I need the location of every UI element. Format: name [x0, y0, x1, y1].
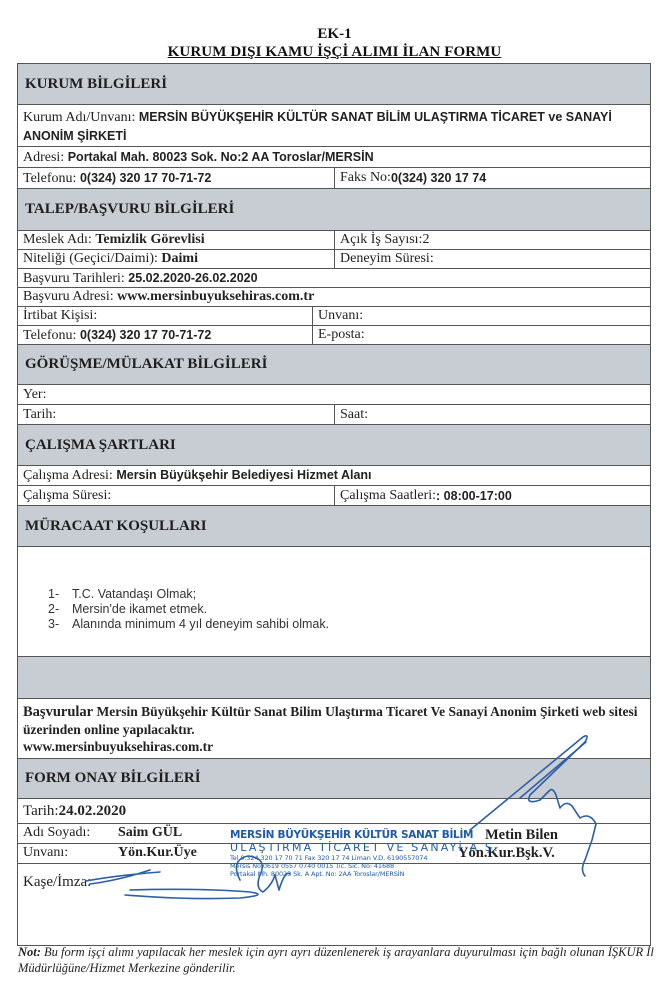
- interview-place-row: Yer:: [18, 385, 650, 405]
- approval-block: Tarih:24.02.2020 Adı Soyadı: Saim GÜL Un…: [18, 799, 650, 945]
- blank-section-band: [18, 657, 650, 699]
- interview-place-label: Yer:: [23, 387, 46, 402]
- approver-title-label: Unvanı:: [23, 845, 68, 861]
- seal-signature-label: Kaşe/İmza:: [23, 874, 91, 891]
- interview-time-cell: Saat:: [334, 405, 650, 424]
- occupation-value: Temizlik Görevlisi: [95, 232, 204, 247]
- work-hours-label: Çalışma Saatleri:: [340, 487, 436, 505]
- footer-note-lead: Not:: [18, 945, 41, 959]
- application-address-link[interactable]: www.mersinbuyuksehiras.com.tr: [117, 289, 314, 304]
- stamp-line: Tel 0.324 320 17 70 71 Fax 320 17 74 Lim…: [230, 854, 460, 862]
- condition-text: T.C. Vatandaşı Olmak;: [72, 587, 196, 602]
- interview-date-cell: Tarih:: [18, 406, 334, 424]
- stamp-line: Mersis No 0619 0557 0740 0015 Tic. Sic. …: [230, 862, 460, 870]
- contact-phone-value: 0(324) 320 17 70-71-72: [80, 328, 211, 342]
- experience-cell: Deneyim Süresi:: [334, 250, 650, 268]
- openings-label: Açık İş Sayısı:: [340, 231, 422, 249]
- contact-row: İrtibat Kişisi: Unvanı:: [18, 307, 650, 326]
- openings-cell: Açık İş Sayısı:2: [334, 231, 650, 249]
- annex-label: EK-1: [0, 26, 669, 43]
- approver-title-value: Yön.Kur.Üye: [118, 845, 197, 861]
- approval-date: Tarih:24.02.2020: [23, 803, 126, 820]
- institution-name-cell: Kurum Adı/Unvanı: MERSİN BÜYÜKŞEHİR KÜLT…: [18, 108, 650, 146]
- footer-note-text: Bu form işçi alımı yapılacak her meslek …: [18, 945, 654, 975]
- section-interview-header: GÖRÜŞME/MÜLAKAT BİLGİLERİ: [18, 345, 650, 385]
- condition-item: 1-T.C. Vatandaşı Olmak;: [48, 587, 650, 602]
- institution-fax-label: Faks No:: [340, 169, 391, 187]
- approver-name-value: Saim GÜL: [118, 825, 182, 841]
- occupation-label: Meslek Adı:: [23, 232, 95, 247]
- interview-date-label: Tarih:: [23, 407, 56, 422]
- institution-phone-value: 0(324) 320 17 70-71-72: [80, 171, 211, 185]
- approval-date-label: Tarih:: [23, 803, 59, 819]
- condition-number: 3-: [48, 617, 72, 632]
- application-dates-cell: Başvuru Tarihleri: 25.02.2020-26.02.2020: [18, 269, 650, 288]
- work-address-row: Çalışma Adresi: Mersin Büyükşehir Beledi…: [18, 466, 650, 486]
- nature-label: Niteliği (Geçici/Daimi):: [23, 251, 161, 266]
- interview-time-label: Saat:: [340, 406, 368, 424]
- condition-text: Alanında minimum 4 yıl deneyim sahibi ol…: [72, 617, 329, 632]
- institution-address-label: Adresi:: [23, 150, 68, 165]
- notice-lead: Başvurular: [23, 704, 93, 720]
- occupation-cell: Meslek Adı: Temizlik Görevlisi: [18, 231, 334, 249]
- work-address-cell: Çalışma Adresi: Mersin Büyükşehir Beledi…: [18, 466, 650, 485]
- divider: [18, 823, 650, 824]
- work-address-value: Mersin Büyükşehir Belediyesi Hizmet Alan…: [116, 468, 371, 482]
- announcement-form: KURUM BİLGİLERİ Kurum Adı/Unvanı: MERSİN…: [17, 63, 651, 946]
- condition-text: Mersin'de ikamet etmek.: [72, 602, 207, 617]
- work-address-label: Çalışma Adresi:: [23, 468, 116, 483]
- contact-phone-cell: Telefonu: 0(324) 320 17 70-71-72: [18, 326, 312, 345]
- notice-url-link[interactable]: www.mersinbuyuksehiras.com.tr: [23, 739, 213, 754]
- nature-value: Daimi: [161, 251, 198, 266]
- work-hours-value: : 08:00-17:00: [436, 487, 512, 505]
- institution-phone-label: Telefonu:: [23, 171, 80, 186]
- notice-text: Mersin Büyükşehir Kültür Sanat Bilim Ula…: [23, 704, 638, 737]
- contact-person-label: İrtibat Kişisi:: [23, 308, 97, 323]
- section-conditions-header: MÜRACAAT KOŞULLARI: [18, 506, 650, 547]
- application-address-label: Başvuru Adresi:: [23, 289, 117, 304]
- condition-item: 2-Mersin'de ikamet etmek.: [48, 602, 650, 617]
- stamp-line: ULAŞTIRMA TİCARET VE SANAYİ A.Ş.: [230, 841, 460, 854]
- contact-email-cell: E-posta:: [312, 326, 650, 344]
- work-duration-row: Çalışma Süresi: Çalışma Saatleri: : 08:0…: [18, 486, 650, 506]
- section-title: GÖRÜŞME/MÜLAKAT BİLGİLERİ: [25, 356, 267, 373]
- contact-email-label: E-posta:: [318, 326, 365, 344]
- institution-fax-cell: Faks No: 0(324) 320 17 74: [334, 168, 650, 188]
- application-dates-value: 25.02.2020-26.02.2020: [128, 271, 257, 285]
- application-dates-label: Başvuru Tarihleri:: [23, 271, 128, 286]
- section-title: MÜRACAAT KOŞULLARI: [25, 518, 207, 535]
- section-title: TALEP/BAŞVURU BİLGİLERİ: [25, 201, 234, 218]
- contact-title-label: Unvanı:: [318, 307, 363, 325]
- institution-phone-row: Telefonu: 0(324) 320 17 70-71-72 Faks No…: [18, 168, 650, 189]
- section-approval-header: FORM ONAY BİLGİLERİ: [18, 759, 650, 799]
- openings-value: 2: [422, 231, 429, 249]
- institution-fax-value: 0(324) 320 17 74: [391, 169, 486, 187]
- work-duration-cell: Çalışma Süresi:: [18, 487, 334, 505]
- condition-number: 2-: [48, 602, 72, 617]
- institution-address-cell: Adresi: Portakal Mah. 80023 Sok. No:2 AA…: [18, 148, 650, 167]
- condition-item: 3-Alanında minimum 4 yıl deneyim sahibi …: [48, 617, 650, 632]
- experience-label: Deneyim Süresi:: [340, 250, 434, 268]
- document-title: KURUM DIŞI KAMU İŞÇİ ALIMI İLAN FORMU: [0, 44, 669, 61]
- work-duration-label: Çalışma Süresi:: [23, 488, 111, 503]
- application-address-row: Başvuru Adresi: www.mersinbuyuksehiras.c…: [18, 288, 650, 307]
- section-title: ÇALIŞMA ŞARTLARI: [25, 437, 176, 454]
- occupation-row: Meslek Adı: Temizlik Görevlisi Açık İş S…: [18, 231, 650, 250]
- footer-note: Not: Bu form işçi alımı yapılacak her me…: [18, 944, 658, 976]
- conditions-list: 1-T.C. Vatandaşı Olmak; 2-Mersin'de ikam…: [18, 547, 650, 657]
- institution-name-row: Kurum Adı/Unvanı: MERSİN BÜYÜKŞEHİR KÜLT…: [18, 105, 650, 147]
- contact-phone-label: Telefonu:: [23, 328, 80, 343]
- contact-title-cell: Unvanı:: [312, 307, 650, 325]
- contact-person-cell: İrtibat Kişisi:: [18, 307, 312, 325]
- approver-name-label: Adı Soyadı:: [23, 825, 90, 841]
- condition-number: 1-: [48, 587, 72, 602]
- section-request-header: TALEP/BAŞVURU BİLGİLERİ: [18, 189, 650, 231]
- work-hours-cell: Çalışma Saatleri: : 08:00-17:00: [334, 486, 650, 505]
- application-dates-row: Başvuru Tarihleri: 25.02.2020-26.02.2020: [18, 269, 650, 288]
- interview-place-cell: Yer:: [18, 386, 650, 404]
- section-title: KURUM BİLGİLERİ: [25, 76, 167, 93]
- section-work-header: ÇALIŞMA ŞARTLARI: [18, 425, 650, 466]
- stamp-line: Portakal Mh. 80023 Sk. A Apt. No: 2AA To…: [230, 870, 460, 878]
- section-title: FORM ONAY BİLGİLERİ: [25, 770, 201, 787]
- institution-address-value: Portakal Mah. 80023 Sok. No:2 AA Torosla…: [68, 150, 374, 164]
- approval-date-value: 24.02.2020: [59, 803, 127, 819]
- company-stamp: MERSİN BÜYÜKŞEHİR KÜLTÜR SANAT BİLİM ULA…: [230, 829, 460, 878]
- contact-phone-row: Telefonu: 0(324) 320 17 70-71-72 E-posta…: [18, 326, 650, 345]
- stamp-line: MERSİN BÜYÜKŞEHİR KÜLTÜR SANAT BİLİM: [230, 829, 460, 841]
- institution-address-row: Adresi: Portakal Mah. 80023 Sok. No:2 AA…: [18, 147, 650, 168]
- nature-row: Niteliği (Geçici/Daimi): Daimi Deneyim S…: [18, 250, 650, 269]
- section-institution-header: KURUM BİLGİLERİ: [18, 64, 650, 105]
- application-notice: Başvurular Mersin Büyükşehir Kültür Sana…: [18, 699, 650, 759]
- application-address-cell: Başvuru Adresi: www.mersinbuyuksehiras.c…: [18, 288, 650, 306]
- nature-cell: Niteliği (Geçici/Daimi): Daimi: [18, 250, 334, 268]
- institution-phone-cell: Telefonu: 0(324) 320 17 70-71-72: [18, 169, 334, 188]
- institution-name-label: Kurum Adı/Unvanı:: [23, 110, 139, 125]
- interview-date-row: Tarih: Saat:: [18, 405, 650, 425]
